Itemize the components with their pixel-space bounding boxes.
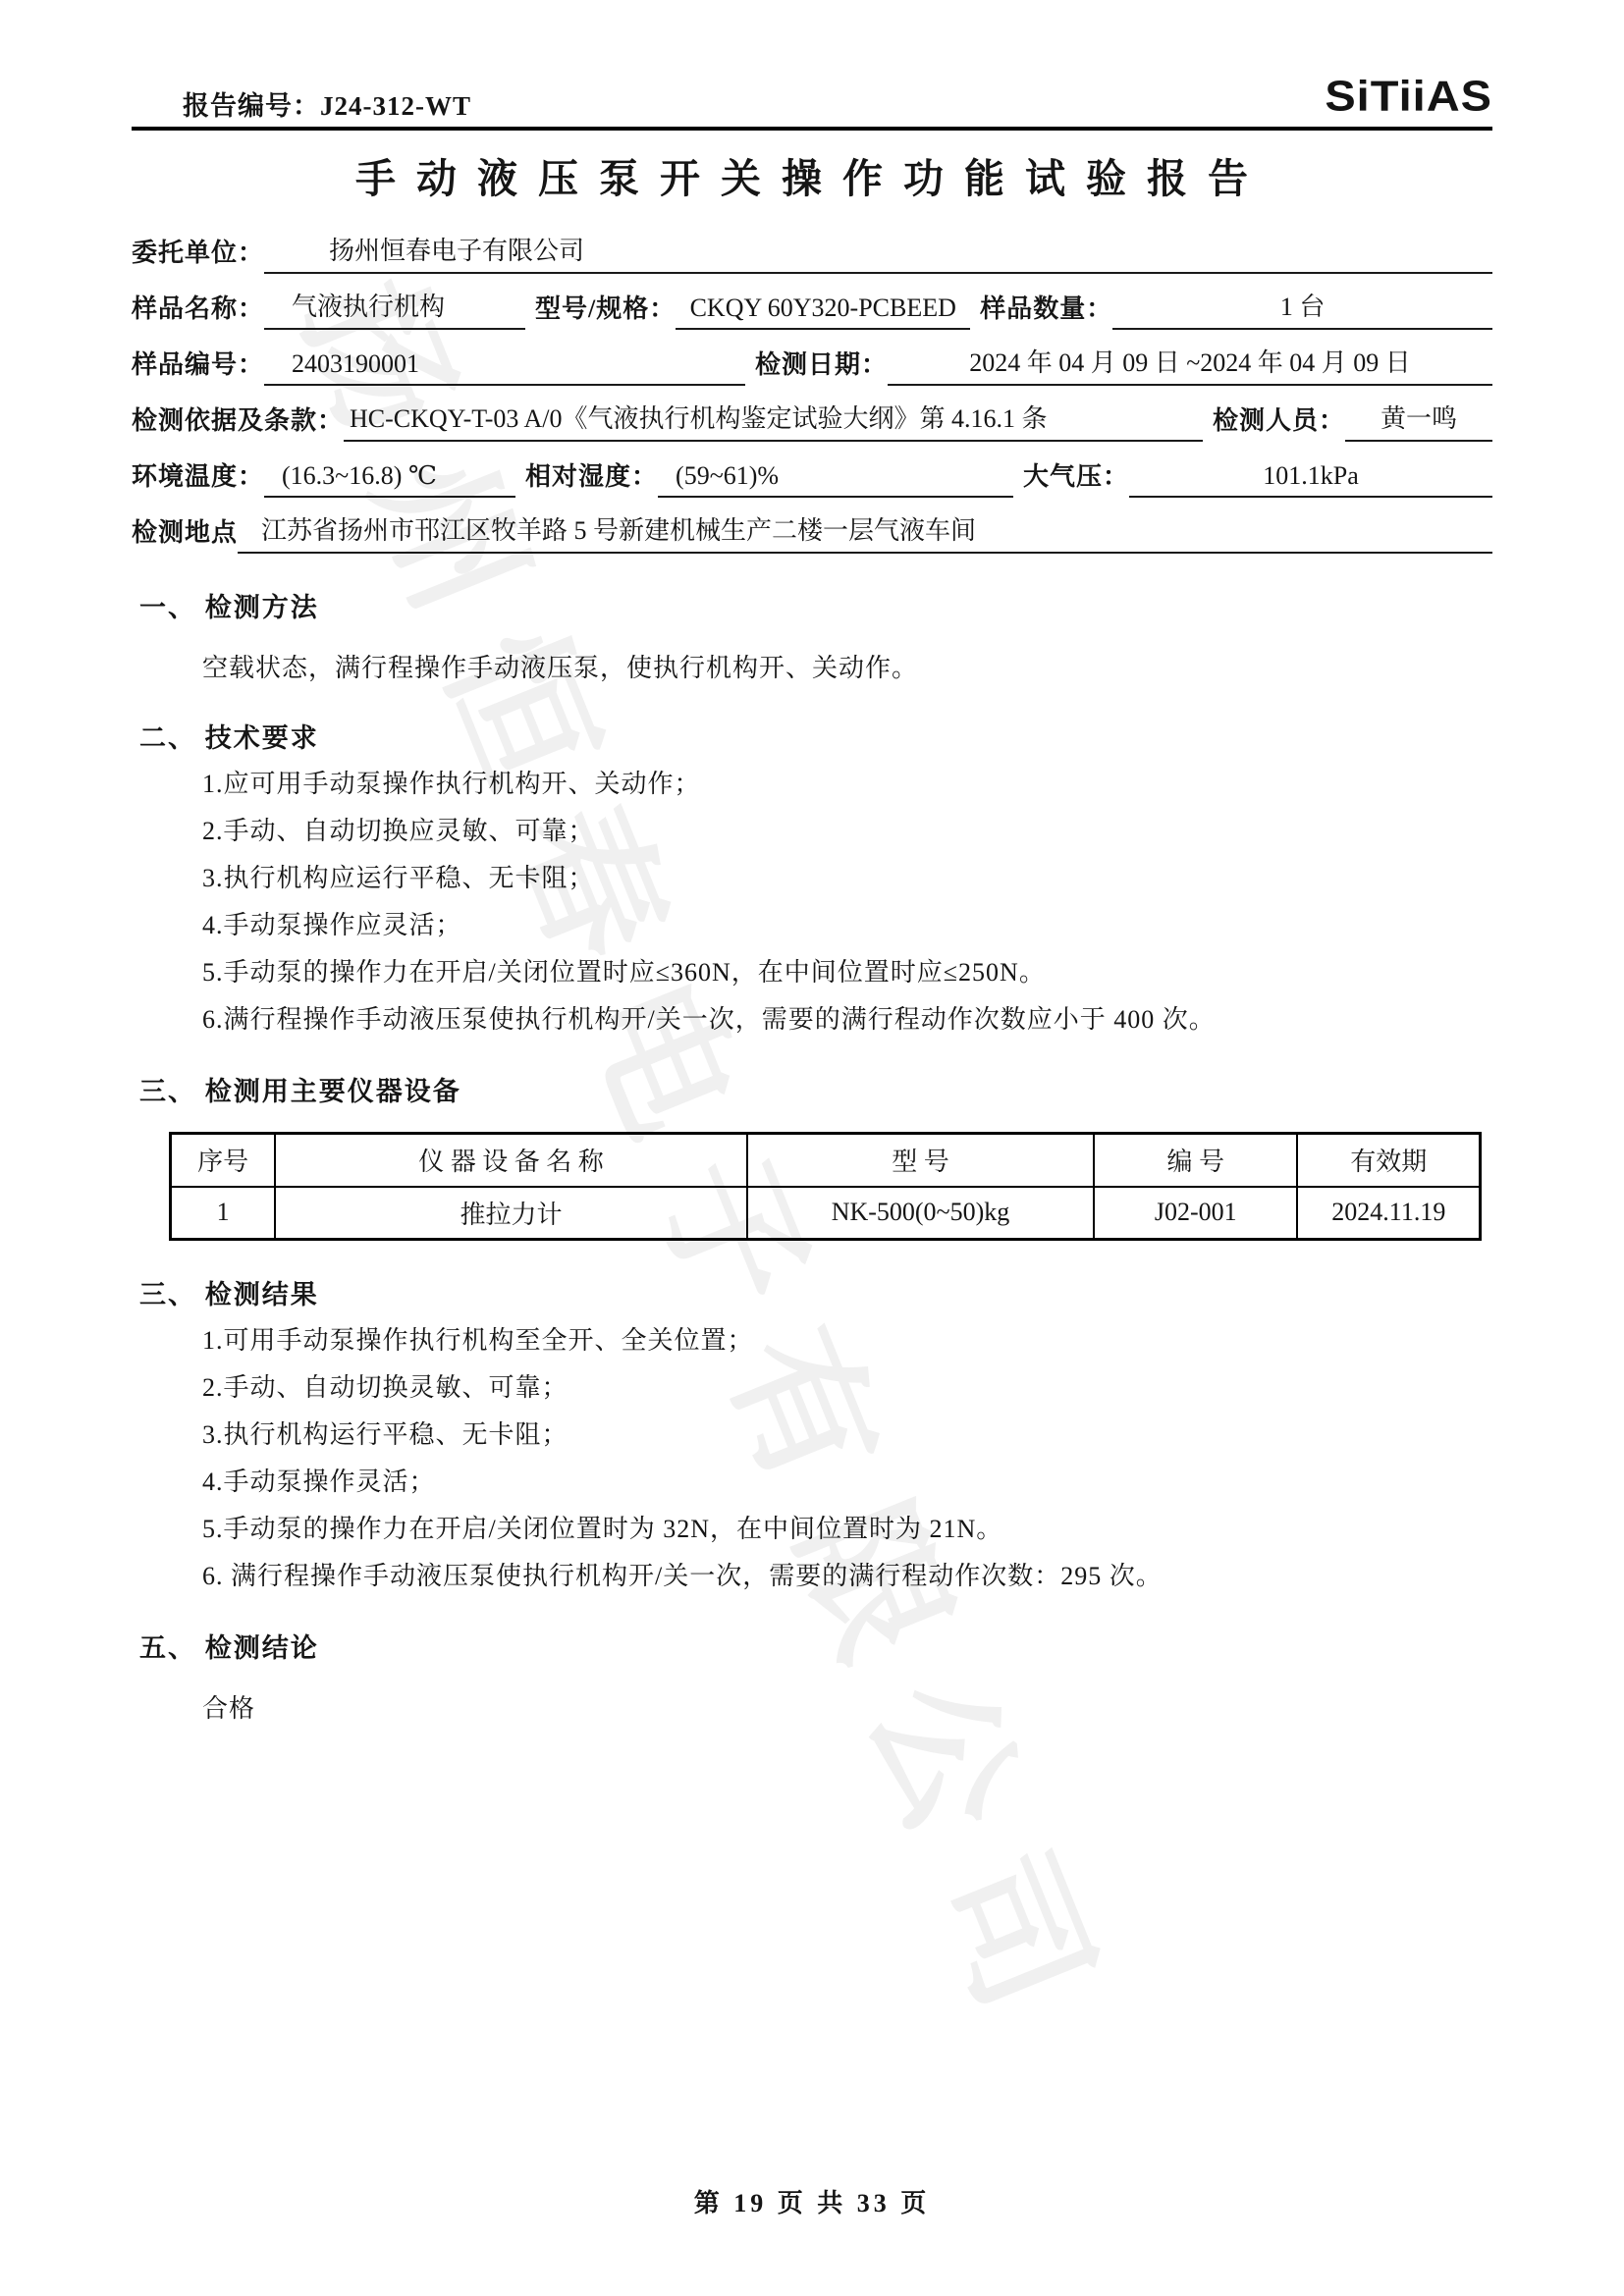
requirement-item: 5.手动泵的操作力在开启/关闭位置时应≤360N，在中间位置时应≤250N。 (132, 955, 1492, 990)
requirement-item: 4.手动泵操作应灵活； (132, 908, 1492, 943)
tester-label: 检测人员： (1213, 400, 1345, 442)
equipment-col-code: 编 号 (1094, 1134, 1297, 1187)
result-item: 6. 满行程操作手动液压泵使执行机构开/关一次，需要的满行程动作次数：295 次… (132, 1559, 1492, 1594)
conclusion-value: 合格 (132, 1688, 1492, 1725)
info-fields: 委托单位： 扬州恒春电子有限公司 样品名称： 气液执行机构 型号/规格： CKQ… (132, 218, 1492, 554)
equipment-name: 推拉力计 (275, 1187, 746, 1240)
result-item: 1.可用手动泵操作执行机构至全开、全关位置； (132, 1323, 1492, 1359)
requirement-item: 3.执行机构应运行平稳、无卡阻； (132, 861, 1492, 896)
section-test-method-body: 空载状态，满行程操作手动液压泵，使执行机构开、关动作。 (132, 648, 1492, 684)
client-label: 委托单位： (132, 233, 264, 274)
report-number: 报告编号：J24-312-WT (132, 84, 471, 123)
pressure-label: 大气压： (1023, 456, 1129, 498)
field-row-client: 委托单位： 扬州恒春电子有限公司 (132, 218, 1492, 274)
result-item: 4.手动泵操作灵活； (132, 1465, 1492, 1500)
quantity-label: 样品数量： (980, 289, 1112, 330)
result-item: 3.执行机构运行平稳、无卡阻； (132, 1417, 1492, 1453)
equipment-col-name: 仪 器 设 备 名 称 (275, 1134, 746, 1187)
result-item: 2.手动、自动切换灵敏、可靠； (132, 1370, 1492, 1406)
sample-name-value: 气液执行机构 (264, 287, 525, 330)
pressure-value: 101.1kPa (1129, 461, 1492, 498)
model-label: 型号/规格： (535, 289, 676, 330)
sample-name-label: 样品名称： (132, 289, 264, 330)
section-equipment: 三、 检测用主要仪器设备 序号 仪 器 设 备 名 称 型 号 编 号 有效期 … (132, 1070, 1492, 1241)
section-technical-requirements: 二、 技术要求 1.应可用手动泵操作执行机构开、关动作； 2.手动、自动切换应灵… (132, 717, 1492, 1038)
field-row-basis: 检测依据及条款： HC-CKQY-T-03 A/0《气液执行机构鉴定试验大纲》第… (132, 386, 1492, 442)
quantity-value: 1 台 (1112, 287, 1492, 330)
test-date-label: 检测日期： (755, 345, 888, 386)
test-date-value: 2024 年 04 月 09 日 ~2024 年 04 月 09 日 (888, 343, 1492, 386)
section-conclusion-heading: 五、 检测结论 (132, 1627, 1492, 1665)
basis-value: HC-CKQY-T-03 A/0《气液执行机构鉴定试验大纲》第 4.16.1 条 (344, 399, 1203, 442)
section-test-results: 三、 检测结果 1.可用手动泵操作执行机构至全开、全关位置； 2.手动、自动切换… (132, 1273, 1492, 1594)
humidity-value: (59~61)% (658, 461, 1013, 498)
field-row-sample: 样品名称： 气液执行机构 型号/规格： CKQY 60Y320-PCBEED 样… (132, 274, 1492, 330)
equipment-valid: 2024.11.19 (1297, 1187, 1481, 1240)
page-header: 报告编号：J24-312-WT SiTiiAS (132, 0, 1492, 123)
result-item: 5.手动泵的操作力在开启/关闭位置时为 32N，在中间位置时为 21N。 (132, 1512, 1492, 1547)
header-divider (132, 127, 1492, 131)
location-value: 江苏省扬州市邗江区牧羊路 5 号新建机械生产二楼一层气液车间 (238, 510, 1492, 554)
section-test-method-heading: 一、 检测方法 (132, 586, 1492, 624)
requirement-item: 2.手动、自动切换应灵敏、可靠； (132, 814, 1492, 849)
report-number-label: 报告编号： (183, 91, 320, 121)
tester-value: 黄一鸣 (1345, 399, 1492, 442)
equipment-index: 1 (171, 1187, 276, 1240)
requirement-item: 6.满行程操作手动液压泵使执行机构开/关一次，需要的满行程动作次数应小于 400… (132, 1002, 1492, 1038)
section-test-method: 一、 检测方法 空载状态，满行程操作手动液压泵，使执行机构开、关动作。 (132, 586, 1492, 684)
section-test-results-heading: 三、 检测结果 (132, 1273, 1492, 1311)
humidity-label: 相对湿度： (525, 456, 658, 498)
equipment-table-header-row: 序号 仪 器 设 备 名 称 型 号 编 号 有效期 (171, 1134, 1481, 1187)
report-page: 报告编号：J24-312-WT SiTiiAS 手动液压泵开关操作功能试验报告 … (0, 0, 1624, 2296)
sample-no-label: 样品编号： (132, 345, 264, 386)
requirement-item: 1.应可用手动泵操作执行机构开、关动作； (132, 767, 1492, 802)
section-technical-requirements-heading: 二、 技术要求 (132, 717, 1492, 755)
sample-no-value: 2403190001 (264, 349, 745, 386)
field-row-sample-no: 样品编号： 2403190001 检测日期： 2024 年 04 月 09 日 … (132, 330, 1492, 386)
temperature-label: 环境温度： (132, 456, 264, 498)
equipment-code: J02-001 (1094, 1187, 1297, 1240)
section-conclusion: 五、 检测结论 合格 (132, 1627, 1492, 1725)
basis-label: 检测依据及条款： (132, 400, 344, 442)
equipment-col-index: 序号 (171, 1134, 276, 1187)
section-equipment-heading: 三、 检测用主要仪器设备 (132, 1070, 1492, 1108)
temperature-value: (16.3~16.8) ℃ (264, 461, 515, 498)
equipment-col-model: 型 号 (747, 1134, 1095, 1187)
field-row-location: 检测地点 江苏省扬州市邗江区牧羊路 5 号新建机械生产二楼一层气液车间 (132, 498, 1492, 554)
field-row-environment: 环境温度： (16.3~16.8) ℃ 相对湿度： (59~61)% 大气压： … (132, 442, 1492, 498)
report-number-value: J24-312-WT (320, 91, 471, 121)
equipment-col-valid: 有效期 (1297, 1134, 1481, 1187)
equipment-table-row: 1 推拉力计 NK-500(0~50)kg J02-001 2024.11.19 (171, 1187, 1481, 1240)
equipment-model: NK-500(0~50)kg (747, 1187, 1095, 1240)
equipment-table: 序号 仪 器 设 备 名 称 型 号 编 号 有效期 1 推拉力计 NK-500… (169, 1132, 1482, 1241)
location-label: 检测地点 (132, 512, 238, 554)
model-value: CKQY 60Y320-PCBEED (676, 294, 970, 330)
sitiias-logo: SiTiiAS (1325, 71, 1492, 121)
report-title: 手动液压泵开关操作功能试验报告 (132, 146, 1492, 204)
client-value: 扬州恒春电子有限公司 (264, 231, 1492, 274)
page-footer: 第 19 页 共 33 页 (0, 2183, 1624, 2219)
